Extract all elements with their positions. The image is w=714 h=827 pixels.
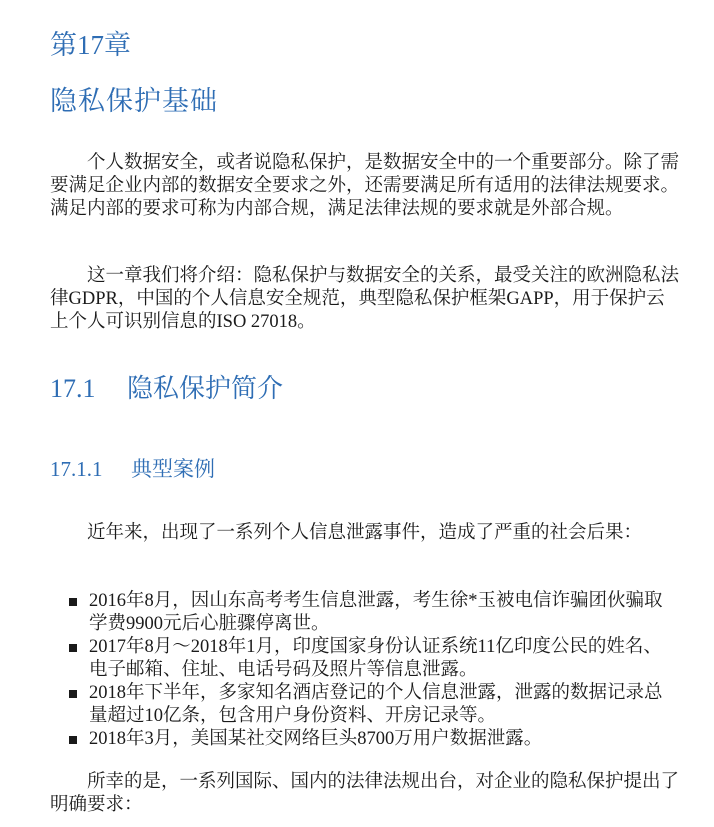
case-list: 2016年8月，因山东高考考生信息泄露，考生徐*玉被电信诈骗团伙骗取学费9900… <box>50 590 680 751</box>
subsection-title: 典型案例 <box>131 457 215 481</box>
square-bullet-icon <box>69 598 77 606</box>
list-item-text: 2018年3月，美国某社交网络巨头8700万用户数据泄露。 <box>89 729 542 749</box>
list-item-text: 2018年下半年，多家知名酒店登记的个人信息泄露，泄露的数据记录总量超过10亿条… <box>89 683 663 726</box>
list-item: 2018年3月，美国某社交网络巨头8700万用户数据泄露。 <box>50 728 680 751</box>
cases-intro-paragraph: 近年来，出现了一系列个人信息泄露事件，造成了严重的社会后果： <box>50 522 680 545</box>
square-bullet-icon <box>69 690 77 698</box>
section-title: 隐私保护简介 <box>127 374 283 403</box>
closing-paragraph: 所幸的是，一系列国际、国内的法律法规出台，对企业的隐私保护提出了明确要求： <box>50 771 680 817</box>
square-bullet-icon <box>69 736 77 744</box>
subsection-number: 17.1.1 <box>50 455 131 483</box>
list-item: 2017年8月～2018年1月，印度国家身份认证系统11亿印度公民的姓名、电子邮… <box>50 636 680 682</box>
chapter-title-heading: 隐私保护基础 <box>50 84 218 118</box>
square-bullet-icon <box>69 644 77 652</box>
list-item: 2016年8月，因山东高考考生信息泄露，考生徐*玉被电信诈骗团伙骗取学费9900… <box>50 590 680 636</box>
section-heading: 17.1隐私保护简介 <box>50 372 283 406</box>
intro-paragraph-2: 这一章我们将介绍：隐私保护与数据安全的关系，最受关注的欧洲隐私法律GDPR，中国… <box>50 265 680 334</box>
list-item-text: 2016年8月，因山东高考考生信息泄露，考生徐*玉被电信诈骗团伙骗取学费9900… <box>89 591 663 634</box>
subsection-heading: 17.1.1典型案例 <box>50 455 215 483</box>
chapter-number-heading: 第17章 <box>50 28 131 62</box>
intro-paragraph-1: 个人数据安全，或者说隐私保护，是数据安全中的一个重要部分。除了需要满足企业内部的… <box>50 152 680 221</box>
list-item-text: 2017年8月～2018年1月，印度国家身份认证系统11亿印度公民的姓名、电子邮… <box>89 637 662 680</box>
section-number: 17.1 <box>50 372 127 406</box>
list-item: 2018年下半年，多家知名酒店登记的个人信息泄露，泄露的数据记录总量超过10亿条… <box>50 682 680 728</box>
